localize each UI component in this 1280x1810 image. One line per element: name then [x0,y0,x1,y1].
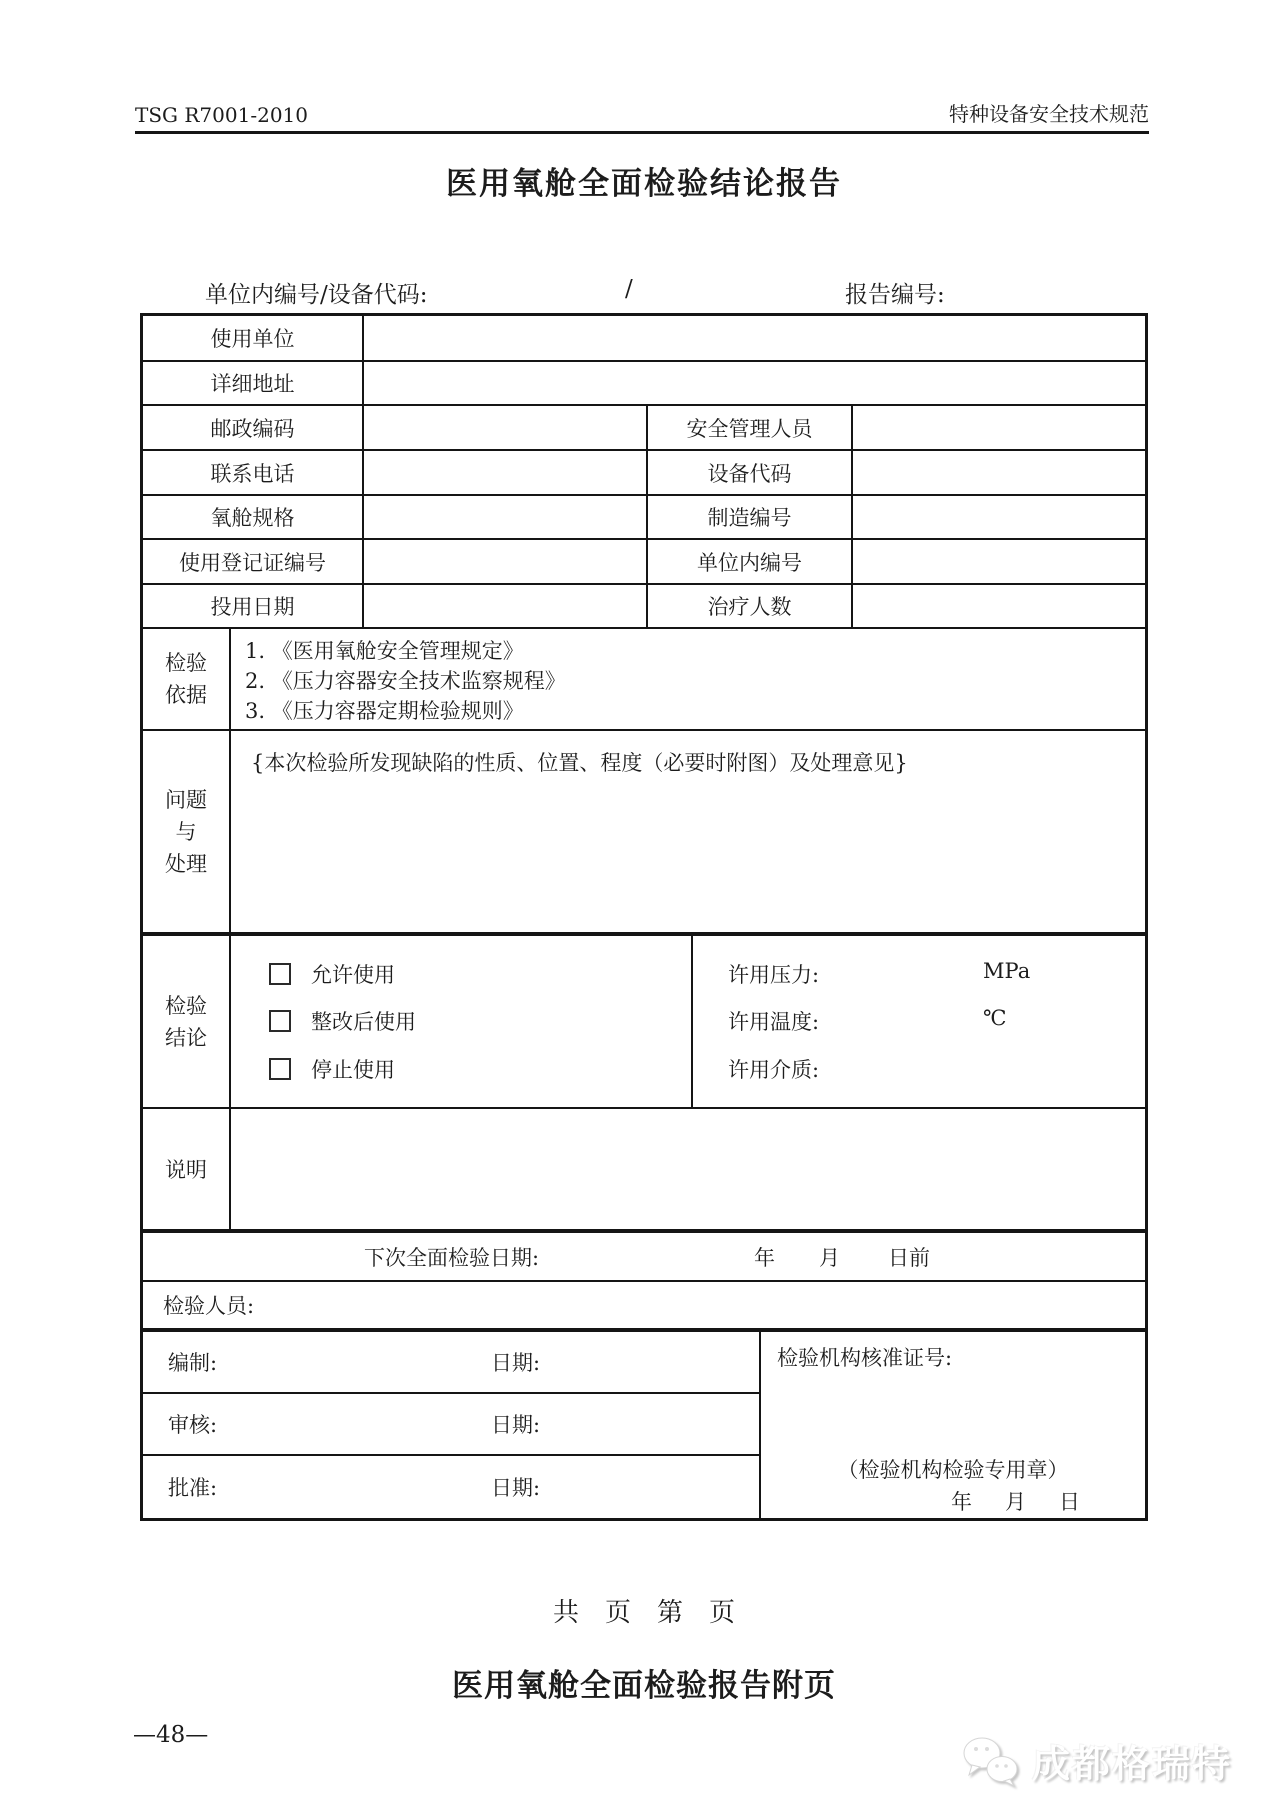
next-inspection-label: 下次全面检验日期: [364,1242,539,1272]
temperature-unit: ℃ [983,1006,1007,1030]
problems-hint: {本次检验所发现缺陷的性质、位置、程度（必要时附图）及处理意见} [251,747,908,777]
org-cert-label: 检验机构核准证号: [777,1342,952,1372]
field-label: 单位内编号 [648,540,853,583]
field-label: 使用登记证编号 [143,540,364,583]
conclusion-label: 检验 结论 [143,936,231,1107]
field-label: 安全管理人员 [648,406,853,449]
field-value [853,406,1145,449]
allowed-temperature: 许用温度: ℃ [693,1006,1145,1036]
conclusion-params: 许用压力: MPa 许用温度: ℃ 许用介质: [693,936,1145,1107]
report-no-label: 报告编号: [845,276,945,309]
prepared-by-label: 编制: [168,1347,217,1377]
approved-date-label: 日期: [491,1472,540,1502]
field-value [853,585,1145,627]
page-number: —48— [133,1722,208,1748]
allowed-pressure: 许用压力: MPa [693,959,1145,989]
conclusion-row: 检验 结论 允许使用 整改后使用 停止使用 许用压力: [143,936,1145,1109]
unit-code-label: 单位内编号/设备代码: [205,276,428,309]
approved-by-label: 批准: [168,1472,217,1502]
checkbox-icon [269,963,291,985]
field-value [853,540,1145,583]
signoff-row: 编制: 日期: [143,1332,759,1394]
field-label: 使用单位 [143,316,364,360]
inspection-basis-row: 检验 依据 1. 《医用氧舱安全管理规定》 2. 《压力容器安全技术监察规程》 … [143,629,1145,731]
signoff-left: 编制: 日期: 审核: 日期: 批准: 日期: [143,1332,761,1518]
table-row: 氧舱规格 制造编号 [143,496,1145,540]
next-inspection-day: 日前 [888,1242,930,1272]
next-inspection-row: 下次全面检验日期: 年 月 日前 [143,1233,1145,1282]
signoff-row: 审核: 日期: [143,1394,759,1456]
reviewed-date-label: 日期: [491,1409,540,1439]
org-date-line: 年 月 日 [951,1486,1086,1516]
table-row: 使用单位 [143,316,1145,362]
field-value [364,316,1145,360]
basis-item: 2. 《压力容器安全技术监察规程》 [245,665,566,695]
table-row: 邮政编码 安全管理人员 [143,406,1145,451]
page-title: 医用氧舱全面检验结论报告 [140,158,1148,203]
wechat-icon [960,1734,1022,1788]
field-value [853,496,1145,538]
field-label: 详细地址 [143,362,364,404]
field-label: 制造编号 [648,496,853,538]
field-value [364,496,648,538]
notes-row: 说明 [143,1109,1145,1233]
inspectors-row: 检验人员: [143,1282,1145,1332]
watermark-text: 成都格瑞特 [1032,1733,1232,1788]
notes-label: 说明 [143,1109,231,1229]
conclusion-option: 允许使用 [231,959,691,989]
pages-line: 共 页 第 页 [140,1592,1148,1629]
reviewed-by-label: 审核: [168,1409,217,1439]
table-row: 投用日期 治疗人数 [143,585,1145,629]
table-row: 使用登记证编号 单位内编号 [143,540,1145,585]
field-label: 治疗人数 [648,585,853,627]
field-value [364,406,648,449]
document-page: TSG R7001-2010 特种设备安全技术规范 医用氧舱全面检验结论报告 单… [0,0,1280,1810]
table-row: 联系电话 设备代码 [143,451,1145,496]
notes-content [231,1109,1145,1229]
doc-header: TSG R7001-2010 特种设备安全技术规范 [135,100,1149,134]
meta-line: 单位内编号/设备代码: / 报告编号: [0,276,1280,306]
basis-item: 3. 《压力容器定期检验规则》 [245,695,524,725]
next-inspection-month: 月 [819,1242,840,1272]
basis-label: 检验 依据 [143,629,231,729]
basis-items: 1. 《医用氧舱安全管理规定》 2. 《压力容器安全技术监察规程》 3. 《压力… [231,629,1145,729]
inspectors-label: 检验人员: [163,1290,254,1320]
checkbox-icon [269,1058,291,1080]
problems-label: 问题 与 处理 [143,731,231,932]
field-value [364,451,648,494]
field-value [364,540,648,583]
field-label: 设备代码 [648,451,853,494]
field-value [853,451,1145,494]
conclusion-options: 允许使用 整改后使用 停止使用 [231,936,693,1107]
org-seal-note: （检验机构检验专用章） [761,1454,1145,1484]
unit-code-slash: / [625,276,633,302]
field-value [364,362,1145,404]
field-value [364,585,648,627]
conclusion-option: 整改后使用 [231,1006,691,1036]
prepared-date-label: 日期: [491,1347,540,1377]
basis-item: 1. 《医用氧舱安全管理规定》 [245,635,524,665]
field-label: 氧舱规格 [143,496,364,538]
inspection-form-table: 使用单位 详细地址 邮政编码 安全管理人员 联系电话 设备代码 氧舱规格 制造编… [140,313,1148,1521]
problems-row: 问题 与 处理 {本次检验所发现缺陷的性质、位置、程度（必要时附图）及处理意见} [143,731,1145,936]
field-label: 邮政编码 [143,406,364,449]
problems-content: {本次检验所发现缺陷的性质、位置、程度（必要时附图）及处理意见} [231,731,1145,932]
pressure-unit: MPa [983,959,1030,983]
standard-title: 特种设备安全技术规范 [949,98,1149,127]
org-block: 检验机构核准证号: （检验机构检验专用章） 年 月 日 [761,1332,1145,1518]
conclusion-option: 停止使用 [231,1054,691,1084]
signoff-block: 编制: 日期: 审核: 日期: 批准: 日期: 检验机构核准证号: （检验机构检… [143,1332,1145,1518]
allowed-medium: 许用介质: [693,1054,1145,1084]
attachment-title: 医用氧舱全面检验报告附页 [140,1660,1148,1705]
standard-number: TSG R7001-2010 [135,103,308,127]
table-row: 详细地址 [143,362,1145,406]
checkbox-icon [269,1010,291,1032]
next-inspection-year: 年 [754,1242,775,1272]
field-label: 联系电话 [143,451,364,494]
signoff-row: 批准: 日期: [143,1456,759,1518]
watermark: 成都格瑞特 [960,1733,1232,1788]
field-label: 投用日期 [143,585,364,627]
